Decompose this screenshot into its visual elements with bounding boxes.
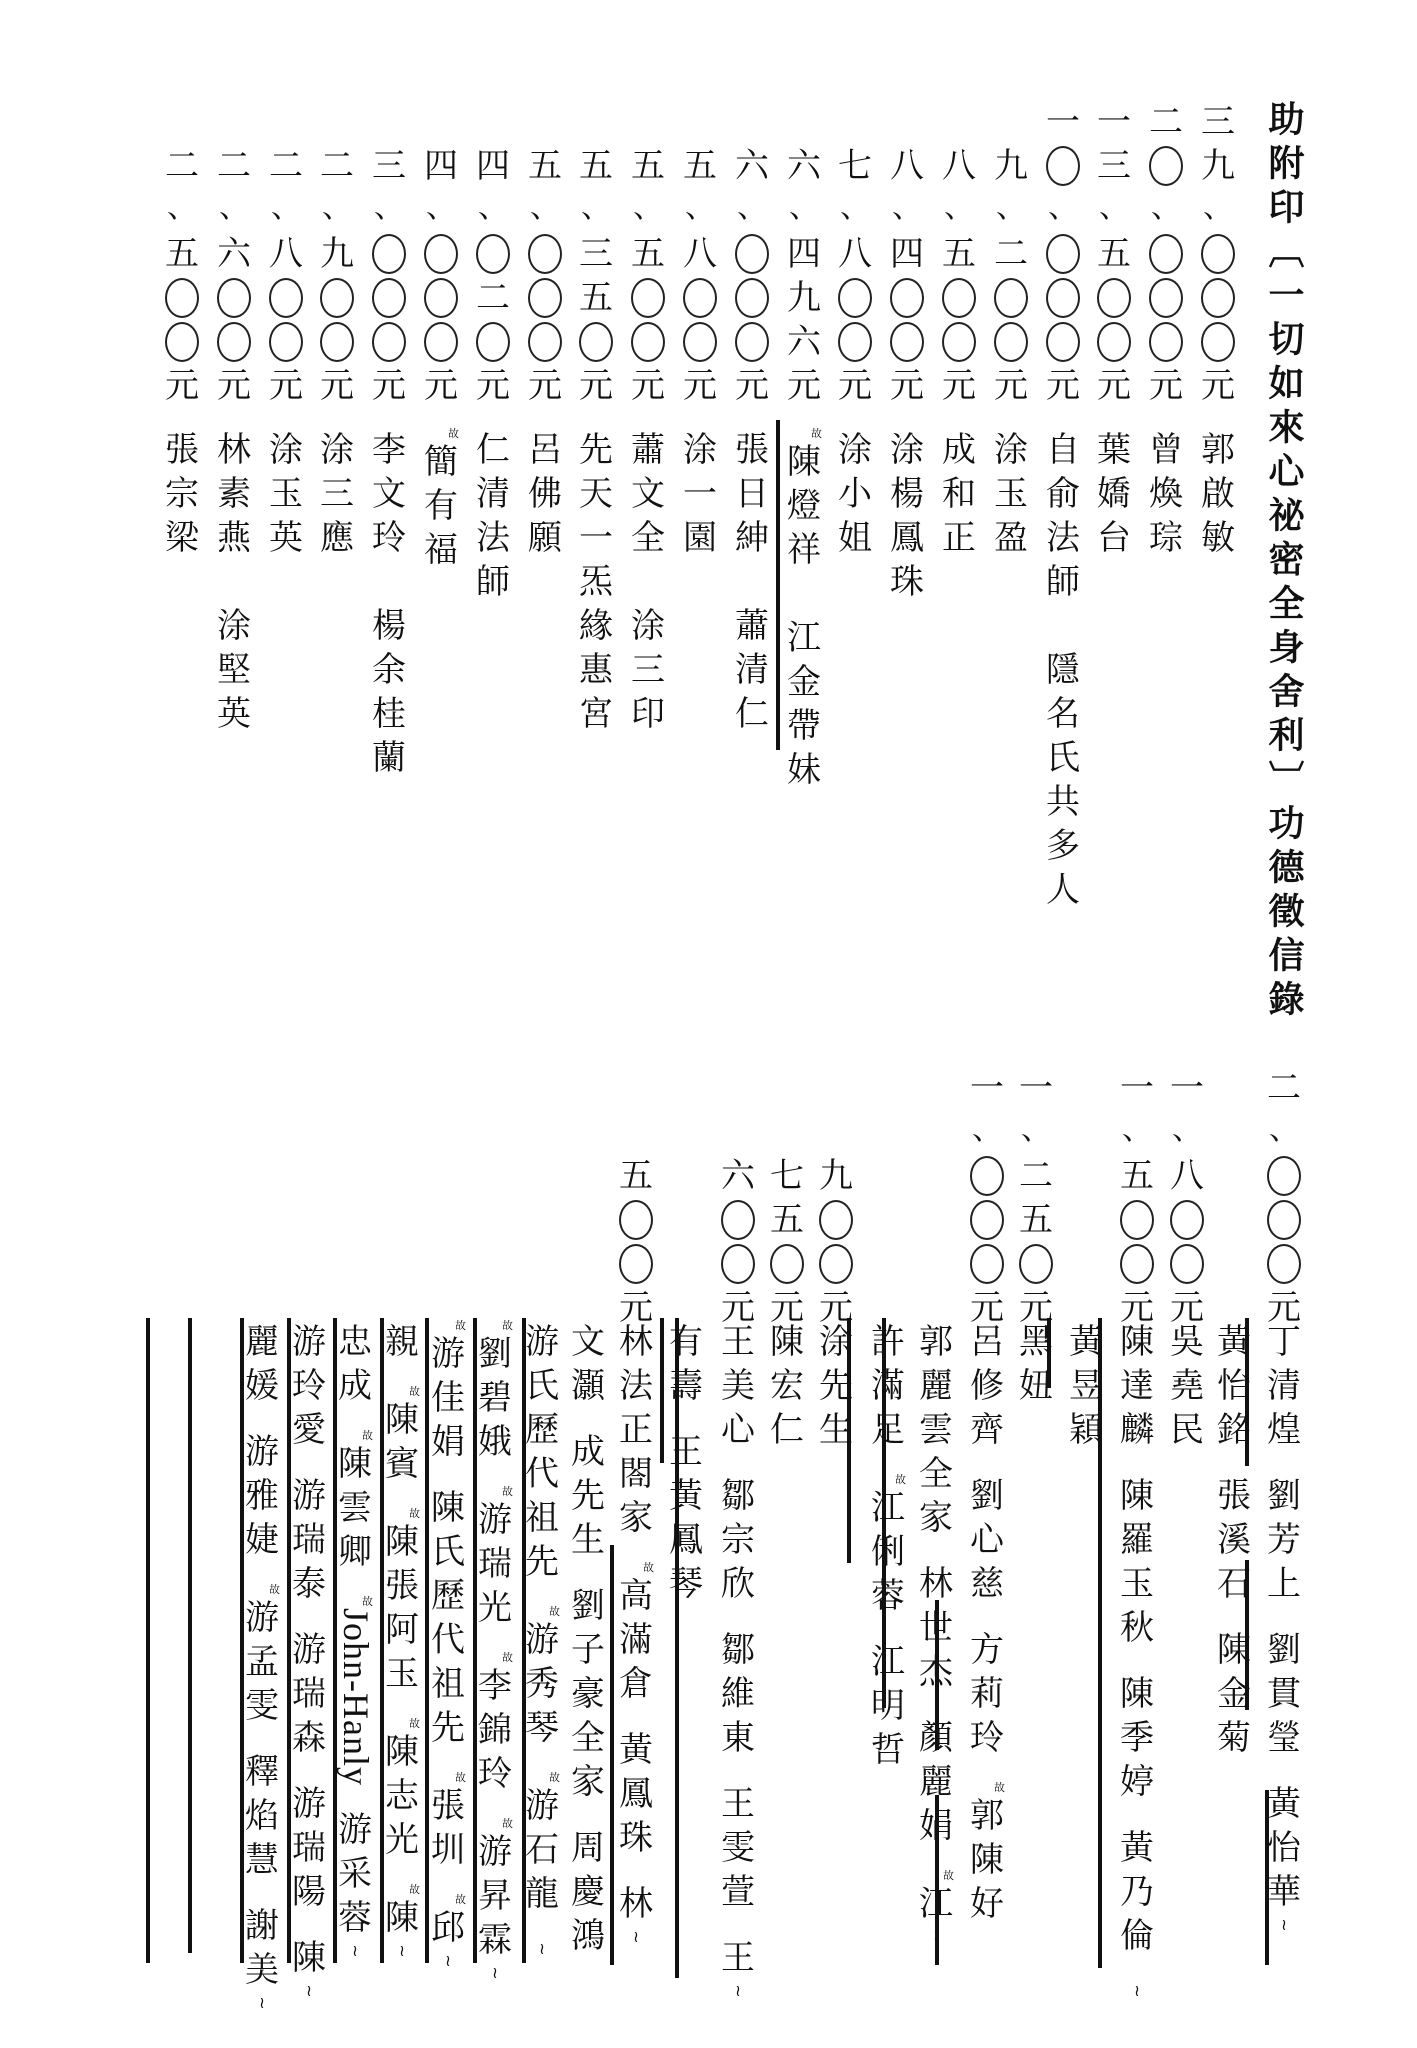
zero-circle-glyph: [819, 1244, 853, 1284]
name-glyph: 嬌: [1092, 472, 1136, 516]
continuation-mark: ≀: [614, 1926, 658, 1948]
donor-column: 黑妞: [1014, 1320, 1058, 1408]
amount-glyph: 元: [833, 364, 877, 408]
amount-glyph: 、: [1165, 1110, 1209, 1154]
name-glyph: 蓉: [866, 1574, 910, 1618]
zero-circle-glyph: [528, 234, 562, 274]
name-glyph: 姐: [833, 516, 877, 560]
grouping-bar: [333, 1318, 337, 1963]
name-glyph: 福: [419, 528, 463, 572]
name-glyph: 劉: [473, 1332, 517, 1376]
name-glyph: 欣: [716, 1562, 760, 1606]
name-glyph: 鴻: [566, 1914, 610, 1958]
name-glyph: 雯: [240, 1684, 284, 1728]
zero-circle-glyph: [1097, 322, 1131, 362]
donor-column: 故游佳娟陳氏歷代祖先故張圳故邱≀: [426, 1320, 470, 1972]
zero-circle-glyph: [424, 234, 458, 274]
name-glyph: 焰: [240, 1794, 284, 1838]
name-glyph: 清: [1262, 1364, 1306, 1408]
name-glyph: 采: [333, 1852, 377, 1896]
zero-circle-glyph: [476, 234, 510, 274]
name-glyph: 玉: [1115, 1562, 1159, 1606]
deceased-marker: 故: [473, 1486, 517, 1498]
name-glyph: 季: [1115, 1716, 1159, 1760]
amount-glyph: 元: [419, 364, 463, 408]
name-glyph: 昇: [473, 1874, 517, 1918]
name-glyph: 宮: [574, 692, 618, 736]
name-glyph: 游: [520, 1784, 564, 1828]
name-glyph: 陳: [333, 1442, 377, 1486]
name-glyph: 佛: [523, 472, 567, 516]
name-glyph: 慶: [566, 1870, 610, 1914]
amount-glyph: 八: [833, 232, 877, 276]
zero-circle-glyph: [683, 278, 717, 318]
name-glyph: 壽: [664, 1364, 708, 1408]
amount-glyph: 七: [765, 1154, 809, 1198]
name-glyph: 印: [626, 692, 670, 736]
zero-circle-glyph: [1046, 234, 1080, 274]
name-glyph: 陳: [380, 1398, 424, 1442]
amount-glyph: 、: [1144, 188, 1188, 232]
name-glyph: 堅: [212, 648, 256, 692]
zero-circle-glyph: [942, 278, 976, 318]
name-glyph: 陳: [965, 1838, 1009, 1882]
page-title: 助附印〔一切如來心祕密全身舍利〕功德徵信錄: [1262, 100, 1306, 1024]
name-glyph: 先: [426, 1706, 470, 1750]
name-glyph: 郭: [1196, 428, 1240, 472]
amount-glyph: 、: [1196, 188, 1240, 232]
name-glyph: 涂: [626, 604, 670, 648]
zero-circle-glyph: [217, 322, 251, 362]
name-glyph: 婷: [1115, 1760, 1159, 1804]
name-glyph: 日: [730, 472, 774, 516]
amount-glyph: 一: [1092, 100, 1136, 144]
name-glyph: 雅: [240, 1474, 284, 1518]
amount-glyph: 元: [782, 364, 826, 408]
name-glyph: 陳: [287, 1936, 331, 1980]
name-glyph: 蘭: [367, 736, 411, 780]
name-glyph: 多: [1041, 824, 1085, 868]
zero-circle-glyph: [320, 278, 354, 318]
name-glyph: 堯: [1165, 1364, 1209, 1408]
name-glyph: 珠: [614, 1816, 658, 1860]
name-glyph: 仁: [471, 428, 515, 472]
name-glyph: 釋: [240, 1750, 284, 1794]
name-glyph: 人: [1041, 868, 1085, 912]
donor-column: 忠成故陳雲卿故John-Hanly游采蓉≀: [333, 1320, 377, 1962]
name-glyph: 陳: [1115, 1474, 1159, 1518]
name-glyph: 琴: [664, 1562, 708, 1606]
donor-column: 王美心鄒宗欣鄒維東王雯萱王≀: [716, 1320, 760, 2002]
name-glyph: 紳: [730, 516, 774, 560]
name-glyph: 芳: [1262, 1518, 1306, 1562]
name-glyph: 祥: [782, 528, 826, 572]
donation-column: 二、六元林素燕涂堅英: [212, 144, 256, 736]
name-glyph: 家: [614, 1496, 658, 1540]
deceased-marker: 故: [782, 428, 826, 440]
zero-circle-glyph: [1267, 1156, 1301, 1196]
donor-column: 麗媛游雅婕故游孟雯釋焰慧謝美≀: [240, 1320, 284, 2014]
name-glyph: 倉: [614, 1662, 658, 1706]
amount-glyph: 二: [989, 232, 1033, 276]
name-glyph: 呂: [965, 1320, 1009, 1364]
name-glyph: 祖: [426, 1662, 470, 1706]
continuation-mark: ≀: [716, 1980, 760, 2002]
zero-circle-glyph: [1170, 1244, 1204, 1284]
name-glyph: 維: [716, 1672, 760, 1716]
amount-glyph: 六: [716, 1154, 760, 1198]
name-glyph: 歷: [520, 1408, 564, 1452]
name-glyph: 陳: [380, 1730, 424, 1774]
zero-circle-glyph: [269, 278, 303, 318]
name-glyph: 仁: [730, 692, 774, 736]
name-glyph: 王: [716, 1320, 760, 1364]
name-glyph: 張: [380, 1564, 424, 1608]
name-glyph: 子: [566, 1628, 610, 1672]
name-glyph: 正: [937, 516, 981, 560]
name-glyph: 王: [716, 1782, 760, 1826]
name-glyph: 應: [315, 516, 359, 560]
title-text: 助附印〔一切如來心祕密全身舍利〕功德徵信錄: [1262, 100, 1306, 1024]
deceased-marker: 故: [520, 1772, 564, 1784]
name-glyph: 心: [716, 1408, 760, 1452]
zero-circle-glyph: [890, 278, 924, 318]
name-glyph: 游: [426, 1332, 470, 1376]
name-glyph: 代: [426, 1618, 470, 1662]
name-glyph: 媛: [240, 1364, 284, 1408]
amount-glyph: 元: [471, 364, 515, 408]
deceased-marker: 故: [520, 1606, 564, 1618]
name-glyph: 麟: [1115, 1408, 1159, 1452]
name-glyph: 氏: [1041, 736, 1085, 780]
name-glyph: 燈: [782, 484, 826, 528]
amount-glyph: 五: [765, 1198, 809, 1242]
name-glyph: 吳: [1165, 1320, 1209, 1364]
name-glyph: 蓉: [333, 1896, 377, 1940]
name-glyph: 燕: [212, 516, 256, 560]
name-glyph: 慈: [965, 1562, 1009, 1606]
name-glyph: 錦: [473, 1708, 517, 1752]
name-glyph: 圳: [426, 1828, 470, 1872]
name-glyph: 陳: [765, 1320, 809, 1364]
name-glyph: 雲: [333, 1486, 377, 1530]
name-glyph: 倫: [1115, 1914, 1159, 1958]
continuation-mark: ≀: [333, 1940, 377, 1962]
donation-column: 六、四九六元故陳燈祥江金帶妹: [782, 144, 826, 792]
name-glyph: 游: [287, 1474, 331, 1518]
name-glyph: 卿: [333, 1530, 377, 1574]
name-glyph: 溪: [1212, 1518, 1256, 1562]
name-glyph: 郭: [914, 1320, 958, 1364]
amount-glyph: 九: [1196, 144, 1240, 188]
amount-glyph: 四: [419, 144, 463, 188]
donor-column: 吳堯民: [1165, 1320, 1209, 1452]
continuation-mark: ≀: [1115, 1980, 1159, 2002]
name-glyph: 文: [626, 472, 670, 516]
name-glyph: 游: [520, 1618, 564, 1662]
amount-glyph: 、: [782, 188, 826, 232]
zero-circle-glyph: [838, 278, 872, 318]
amount-glyph: 、: [1262, 1110, 1306, 1154]
zero-circle-glyph: [970, 1244, 1004, 1284]
name-glyph: 陳: [1212, 1628, 1256, 1672]
amount-glyph: 元: [574, 364, 618, 408]
amount-glyph: 二: [160, 144, 204, 188]
continuation-mark: ≀: [473, 1962, 517, 1984]
name-glyph: 玉: [989, 472, 1033, 516]
name-glyph: 足: [866, 1408, 910, 1452]
name-glyph: 法: [471, 516, 515, 560]
amount-glyph: 五: [626, 232, 670, 276]
deceased-marker: 故: [426, 1894, 470, 1906]
amount-glyph: 八: [678, 232, 722, 276]
name-glyph: 秀: [520, 1662, 564, 1706]
name-glyph: 先: [814, 1364, 858, 1408]
donor-column: 許滿足故江俐蓉江明哲: [866, 1320, 910, 1772]
name-glyph: 李: [367, 428, 411, 472]
donation-column: 五、三五元先天一炁緣惠宮: [574, 144, 618, 736]
amount-glyph: 一: [1041, 100, 1085, 144]
amount-glyph: 、: [471, 188, 515, 232]
name-glyph: 琴: [520, 1706, 564, 1750]
zero-circle-glyph: [1267, 1244, 1301, 1284]
zero-circle-glyph: [619, 1200, 653, 1240]
donation-column: 三、元李文玲楊余桂蘭: [367, 144, 411, 780]
zero-circle-glyph: [1149, 234, 1183, 274]
zero-circle-glyph: [217, 278, 251, 318]
name-glyph: 周: [566, 1826, 610, 1870]
amount-glyph: 、: [1014, 1110, 1058, 1154]
latin-name: John-Hanly: [333, 1608, 377, 1786]
name-glyph: 明: [866, 1684, 910, 1728]
donation-column: 二、八元涂玉英: [264, 144, 308, 560]
donor-column: 親故陳賓故陳張阿玉故陳志光故陳≀: [380, 1320, 424, 1962]
name-glyph: 緣: [574, 604, 618, 648]
name-glyph: 劉: [566, 1584, 610, 1628]
amount-glyph: 三: [1092, 144, 1136, 188]
name-glyph: 全: [914, 1452, 958, 1496]
amount-column: 一、五元: [1115, 1066, 1159, 1330]
name-glyph: 英: [212, 692, 256, 736]
name-glyph: 正: [614, 1408, 658, 1452]
name-glyph: 許: [866, 1320, 910, 1364]
name-glyph: 敏: [1196, 516, 1240, 560]
zero-circle-glyph: [1149, 146, 1183, 186]
amount-column: 一、二五元: [1014, 1066, 1058, 1330]
amount-glyph: 一: [1165, 1066, 1209, 1110]
name-glyph: 妹: [782, 748, 826, 792]
name-glyph: 天: [574, 472, 618, 516]
zero-circle-glyph: [1046, 278, 1080, 318]
donation-column: 六、元張日紳蕭清仁: [730, 144, 774, 736]
amount-glyph: 五: [614, 1154, 658, 1198]
name-glyph: 氏: [520, 1364, 564, 1408]
amount-glyph: 元: [885, 364, 929, 408]
name-glyph: 俐: [866, 1530, 910, 1574]
name-glyph: 石: [520, 1828, 564, 1872]
amount-glyph: 七: [833, 144, 877, 188]
donor-column: 林法正閤家故高滿倉黃鳳珠林≀: [614, 1320, 658, 1948]
zero-circle-glyph: [1046, 146, 1080, 186]
amount-glyph: 八: [885, 144, 929, 188]
zero-circle-glyph: [735, 322, 769, 362]
grouping-bar: [882, 1318, 886, 1708]
name-glyph: 游: [287, 1782, 331, 1826]
continuation-mark: ≀: [240, 1992, 284, 2014]
amount-glyph: 二: [212, 144, 256, 188]
amount-glyph: 、: [885, 188, 929, 232]
name-glyph: 一: [678, 472, 722, 516]
name-glyph: 林: [212, 428, 256, 472]
amount-glyph: 二: [264, 144, 308, 188]
name-glyph: 鳳: [885, 516, 929, 560]
amount-glyph: 、: [419, 188, 463, 232]
name-glyph: 光: [380, 1818, 424, 1862]
name-glyph: 游: [240, 1430, 284, 1474]
name-glyph: 自: [1041, 428, 1085, 472]
amount-glyph: 三: [367, 144, 411, 188]
name-glyph: 萱: [716, 1870, 760, 1914]
amount-glyph: 六: [782, 144, 826, 188]
donation-column: 二、五元張宗梁: [160, 144, 204, 560]
name-glyph: 張: [1212, 1474, 1256, 1518]
continuation-mark: ≀: [426, 1950, 470, 1972]
name-glyph: 涂: [212, 604, 256, 648]
zero-circle-glyph: [890, 322, 924, 362]
zero-circle-glyph: [735, 234, 769, 274]
name-glyph: 美: [240, 1948, 284, 1992]
zero-circle-glyph: [424, 322, 458, 362]
amount-glyph: 元: [212, 364, 256, 408]
amount-glyph: 、: [730, 188, 774, 232]
name-glyph: 涂: [885, 428, 929, 472]
name-glyph: 妞: [1014, 1364, 1058, 1408]
name-glyph: 黃: [664, 1474, 708, 1518]
name-glyph: 生: [566, 1518, 610, 1562]
amount-glyph: 四: [782, 232, 826, 276]
name-glyph: 炁: [574, 560, 618, 604]
name-glyph: 泰: [287, 1562, 331, 1606]
amount-glyph: 、: [989, 188, 1033, 232]
name-glyph: 黃: [1212, 1320, 1256, 1364]
deceased-marker: 故: [426, 1320, 470, 1332]
amount-glyph: 六: [782, 320, 826, 364]
donation-column: 四、二元仁清法師: [471, 144, 515, 604]
name-glyph: 玉: [380, 1652, 424, 1696]
name-glyph: 共: [1041, 780, 1085, 824]
name-glyph: 林: [614, 1320, 658, 1364]
name-glyph: 願: [523, 516, 567, 560]
donation-column: 一、元自俞法師隱名氏共多人: [1041, 100, 1085, 912]
name-glyph: 家: [914, 1496, 958, 1540]
name-glyph: 小: [833, 472, 877, 516]
name-glyph: 煌: [1262, 1408, 1306, 1452]
name-glyph: 陳: [1115, 1672, 1159, 1716]
name-glyph: 清: [471, 472, 515, 516]
deceased-marker: 故: [333, 1430, 377, 1442]
amount-glyph: 八: [1165, 1154, 1209, 1198]
grouping-bar: [522, 1318, 526, 1963]
amount-glyph: 五: [523, 144, 567, 188]
amount-glyph: 五: [1115, 1154, 1159, 1198]
donor-column: 陳達麟陳羅玉秋陳季婷黃乃倫≀: [1115, 1320, 1159, 2002]
name-glyph: 貫: [1262, 1672, 1306, 1716]
zero-circle-glyph: [372, 234, 406, 274]
amount-glyph: 三: [574, 232, 618, 276]
amount-glyph: 六: [212, 232, 256, 276]
name-glyph: 雲: [914, 1408, 958, 1452]
grouping-bar: [935, 1600, 939, 1750]
name-glyph: 劉: [965, 1474, 1009, 1518]
name-glyph: 陳: [380, 1520, 424, 1564]
name-glyph: 瑞: [287, 1518, 331, 1562]
name-glyph: 忠: [333, 1320, 377, 1364]
zero-circle-glyph: [819, 1200, 853, 1240]
name-glyph: 余: [367, 648, 411, 692]
name-glyph: 劉: [1262, 1628, 1306, 1672]
deceased-marker: 故: [380, 1508, 424, 1520]
donor-column: 涂先生: [814, 1320, 858, 1452]
amount-glyph: 元: [626, 364, 670, 408]
amount-glyph: 九: [814, 1154, 858, 1198]
name-glyph: 生: [814, 1408, 858, 1452]
name-glyph: 氏: [426, 1530, 470, 1574]
name-glyph: 蕭: [730, 604, 774, 648]
deceased-marker: 故: [965, 1782, 1009, 1794]
donor-column: 呂修齊劉心慈方莉玲故郭陳好: [965, 1320, 1009, 1926]
name-glyph: 蕭: [626, 428, 670, 472]
grouping-bar: [380, 1318, 384, 1963]
zero-circle-glyph: [165, 278, 199, 318]
name-glyph: 玉: [264, 472, 308, 516]
name-glyph: 金: [782, 660, 826, 704]
name-glyph: 黑: [1014, 1320, 1058, 1364]
name-glyph: 婕: [240, 1518, 284, 1562]
amount-glyph: 一: [1115, 1066, 1159, 1110]
name-glyph: 涂: [989, 428, 1033, 472]
donor-column: 文灝成先生劉子豪全家周慶鴻: [566, 1320, 610, 1958]
zero-circle-glyph: [994, 322, 1028, 362]
deceased-marker: 故: [333, 1596, 377, 1608]
name-glyph: 盈: [989, 516, 1033, 560]
amount-column: 六元: [716, 1154, 760, 1330]
name-glyph: 菊: [1212, 1716, 1256, 1760]
amount-glyph: 九: [989, 144, 1033, 188]
name-glyph: 涂: [264, 428, 308, 472]
name-glyph: 游: [520, 1320, 564, 1364]
name-glyph: 銘: [1212, 1408, 1256, 1452]
name-glyph: 秋: [1115, 1606, 1159, 1650]
name-glyph: 東: [716, 1716, 760, 1760]
amount-glyph: 元: [678, 364, 722, 408]
amount-glyph: 五: [160, 232, 204, 276]
zero-circle-glyph: [579, 322, 613, 362]
name-glyph: 鳳: [664, 1518, 708, 1562]
amount-glyph: 、: [160, 188, 204, 232]
amount-glyph: 、: [523, 188, 567, 232]
donor-column: 游玲愛游瑞泰游瑞森游瑞陽陳≀: [287, 1320, 331, 2002]
name-glyph: 仁: [765, 1408, 809, 1452]
name-glyph: 一: [574, 516, 618, 560]
donor-column: 故劉碧娥故游瑞光故李錦玲故游昇霖≀: [473, 1320, 517, 1984]
amount-glyph: 一: [965, 1066, 1009, 1110]
name-glyph: 游: [287, 1320, 331, 1364]
name-glyph: 黃: [1115, 1826, 1159, 1870]
name-glyph: 三: [315, 472, 359, 516]
name-glyph: 霖: [473, 1918, 517, 1962]
name-glyph: 隱: [1041, 648, 1085, 692]
zero-circle-glyph: [770, 1244, 804, 1284]
